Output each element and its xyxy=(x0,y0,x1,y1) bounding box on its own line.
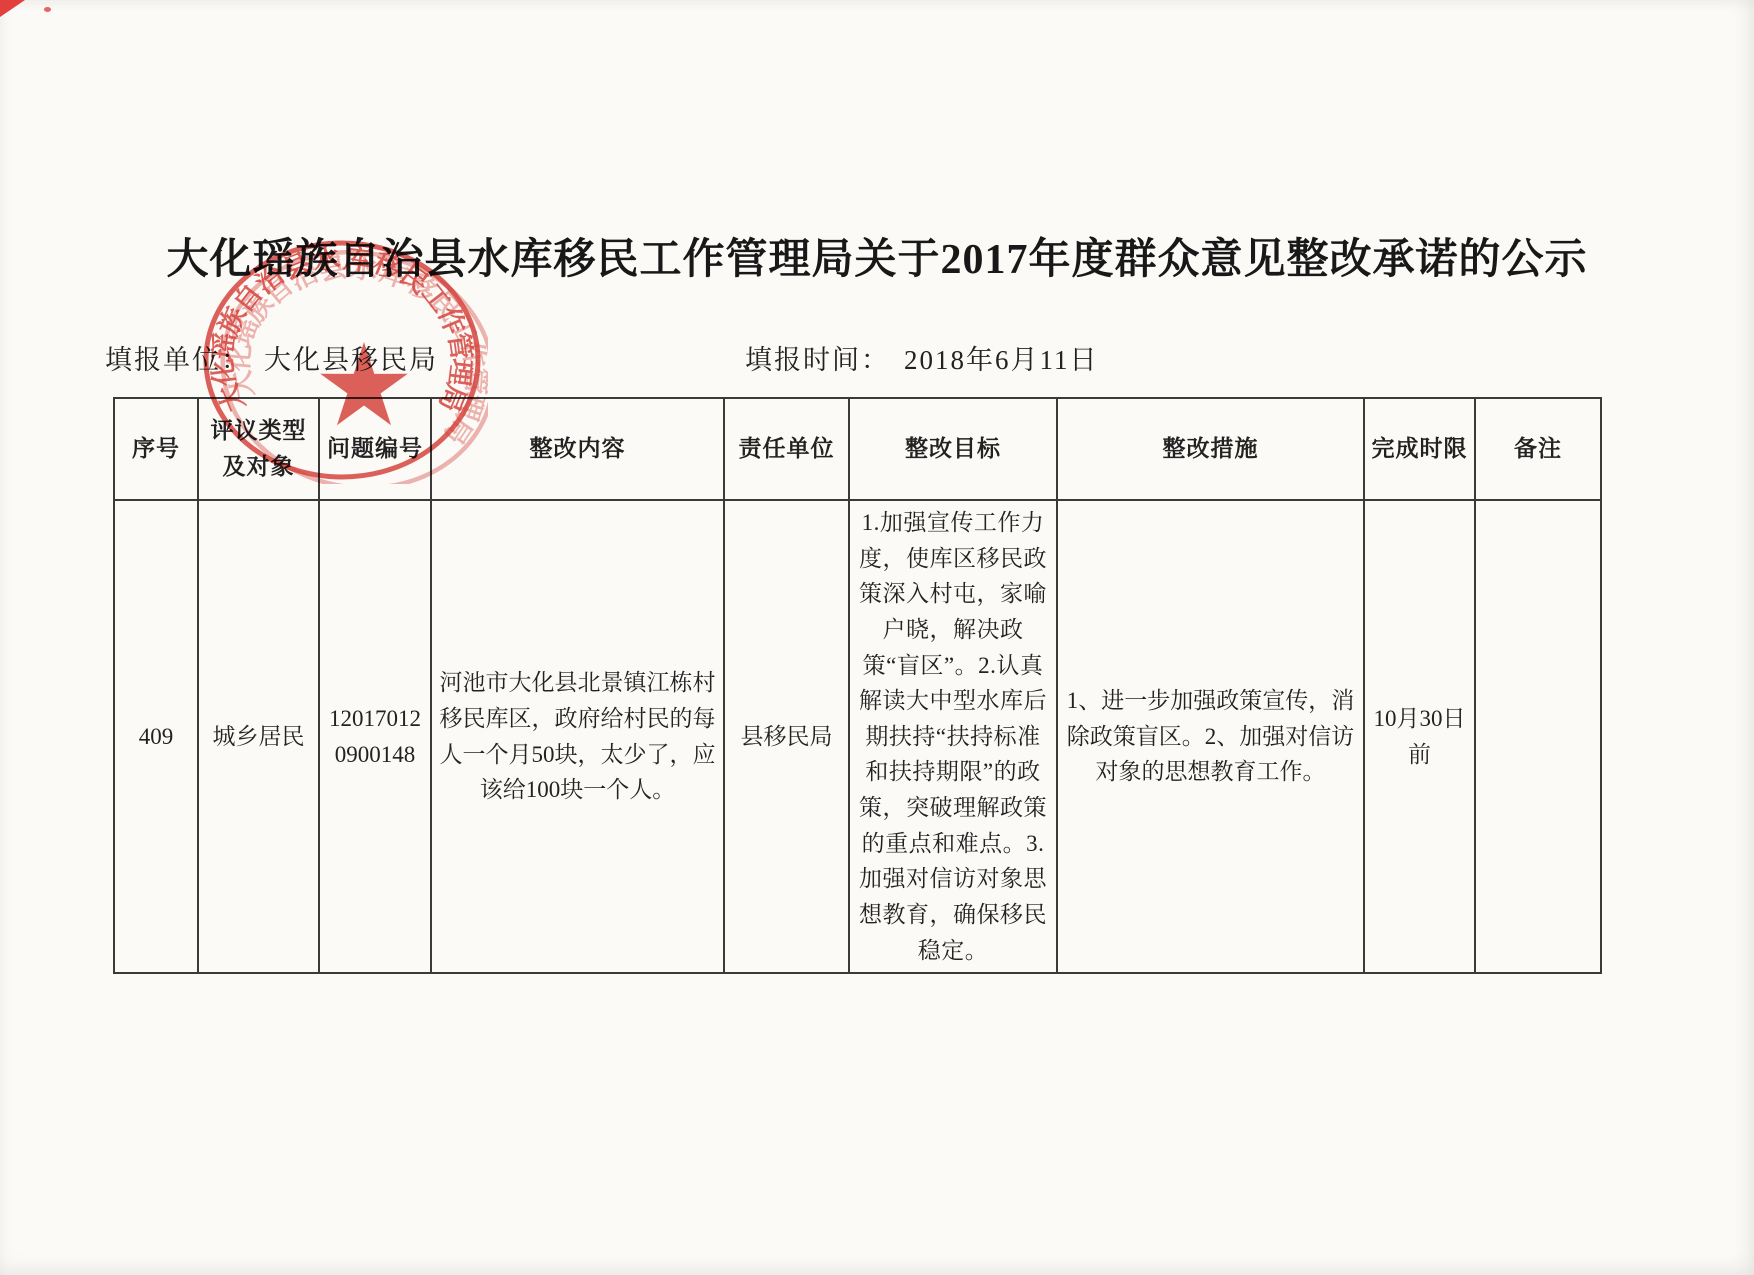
table-row: 409 城乡居民 120170120900148 河池市大化县北景镇江栋村移民库… xyxy=(114,500,1601,973)
svg-text:理: 理 xyxy=(444,357,477,388)
svg-text:作: 作 xyxy=(433,303,471,340)
reporting-time-value: 2018年6月11日 xyxy=(904,345,1099,375)
svg-text:民: 民 xyxy=(425,286,465,326)
scan-corner-artifact xyxy=(0,0,25,17)
cell-measures: 1、进一步加强政策宣传，消除政策盲区。2、加强对信访对象的思想教育工作。 xyxy=(1057,500,1364,973)
table-header-row: 序号 评议类型及对象 问题编号 整改内容 责任单位 整改目标 整改措施 完成时限… xyxy=(114,398,1601,500)
rectification-table: 序号 评议类型及对象 问题编号 整改内容 责任单位 整改目标 整改措施 完成时限… xyxy=(113,397,1602,974)
svg-text:作: 作 xyxy=(456,338,488,370)
reporting-unit-value: 大化县移民局 xyxy=(264,345,438,375)
svg-text:工: 工 xyxy=(444,310,483,347)
cell-content: 河池市大化县北景镇江栋村移民库区，政府给村民的每人一个月50块，太少了，应该给1… xyxy=(431,500,724,973)
header-seq: 序号 xyxy=(114,398,198,500)
header-review-type: 评议类型及对象 xyxy=(198,398,319,500)
header-problem-no: 问题编号 xyxy=(319,398,431,500)
header-target: 整改目标 xyxy=(849,398,1057,500)
page-title: 大化瑶族自治县水库移民工作管理局关于2017年度群众意见整改承诺的公示 xyxy=(0,226,1754,286)
svg-text:族: 族 xyxy=(213,303,251,340)
reporting-time-label: 填报时间： xyxy=(745,345,890,375)
reporting-unit: 填报单位：大化县移民局 xyxy=(105,338,438,377)
header-responsible-unit: 责任单位 xyxy=(724,398,849,500)
cell-seq: 409 xyxy=(114,500,198,973)
svg-text:族: 族 xyxy=(239,289,279,328)
header-deadline: 完成时限 xyxy=(1364,398,1475,500)
header-measures: 整改措施 xyxy=(1057,398,1364,500)
svg-text:管: 管 xyxy=(443,331,477,362)
cell-review-type: 城乡居民 xyxy=(198,500,319,973)
header-content: 整改内容 xyxy=(431,398,724,500)
reporting-time: 填报时间：2018年6月11日 xyxy=(745,338,1099,377)
cell-remark xyxy=(1475,500,1601,973)
scanned-document-page: 大化瑶族自治县水库移民工作管理局关于2017年度群众意见整改承诺的公示 填报单位… xyxy=(0,0,1754,1275)
svg-text:管: 管 xyxy=(460,366,488,395)
header-remark: 备注 xyxy=(1475,398,1601,500)
scan-dot-artifact xyxy=(44,7,51,12)
reporting-unit-label: 填报单位： xyxy=(105,345,250,375)
cell-target: 1.加强宣传工作力度，使库区移民政策深入村屯，家喻户晓，解决政策“盲区”。2.认… xyxy=(849,500,1057,973)
cell-deadline: 10月30日前 xyxy=(1364,500,1475,973)
cell-problem-no: 120170120900148 xyxy=(319,500,431,973)
cell-responsible-unit: 县移民局 xyxy=(724,500,849,973)
